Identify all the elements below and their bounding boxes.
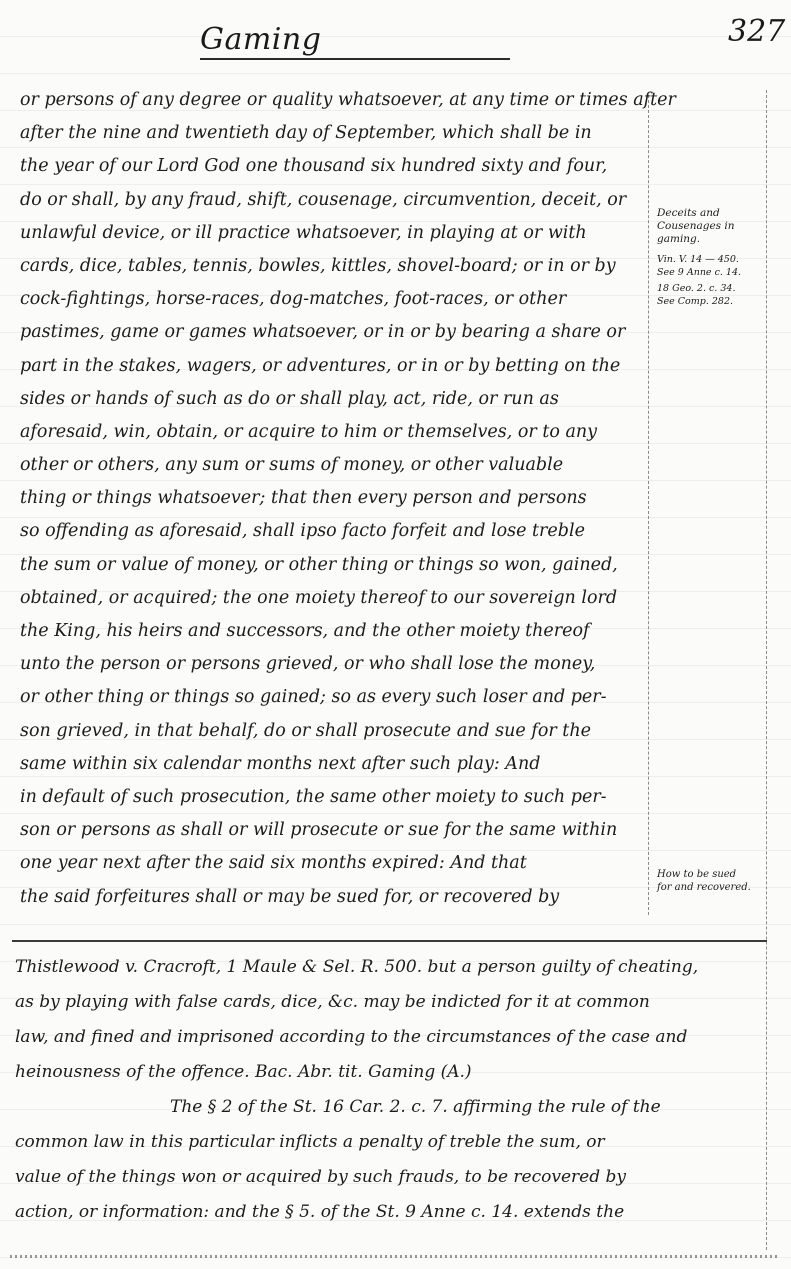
- margin-note-line: for and recovered.: [657, 881, 767, 894]
- text-line: so offending as aforesaid, shall ipso fa…: [20, 515, 648, 548]
- text-line: sides or hands of such as do or shall pl…: [20, 383, 648, 416]
- page-number: 327: [728, 14, 785, 49]
- text-line: after the nine and twentieth day of Sept…: [20, 117, 648, 150]
- text-line: the sum or value of money, or other thin…: [20, 549, 648, 582]
- margin-note-line: How to be sued: [657, 868, 767, 881]
- text-line: the year of our Lord God one thousand si…: [20, 150, 648, 183]
- footnote-line: as by playing with false cards, dice, &c…: [15, 985, 775, 1020]
- text-line: other or others, any sum or sums of mone…: [20, 449, 648, 482]
- page-edge-scan-artifact: [10, 1255, 780, 1258]
- text-line: cock-fightings, horse-races, dog-matches…: [20, 283, 648, 316]
- margin-note-line: See 9 Anne c. 14.: [657, 267, 767, 280]
- text-line: same within six calendar months next aft…: [20, 748, 648, 781]
- text-line: unto the person or persons grieved, or w…: [20, 648, 648, 681]
- page-title: Gaming: [200, 22, 321, 57]
- footnote-line: Thistlewood v. Cracroft, 1 Maule & Sel. …: [15, 950, 775, 985]
- margin-note-line: gaming.: [657, 233, 767, 246]
- footnote-line: action, or information: and the § 5. of …: [15, 1195, 775, 1230]
- margin-note-line: 18 Geo. 2. c. 34.: [657, 283, 767, 296]
- margin-note-references: Vin. V. 14 — 450. See 9 Anne c. 14. 18 G…: [657, 254, 767, 308]
- text-line: do or shall, by any fraud, shift, cousen…: [20, 184, 648, 217]
- text-line: pastimes, game or games whatsoever, or i…: [20, 316, 648, 349]
- footnote-line: The § 2 of the St. 16 Car. 2. c. 7. affi…: [15, 1090, 775, 1125]
- text-line: the said forfeitures shall or may be sue…: [20, 881, 648, 914]
- text-line: son or persons as shall or will prosecut…: [20, 814, 648, 847]
- margin-note-line: Vin. V. 14 — 450.: [657, 254, 767, 267]
- margin-note-how-sued: How to be sued for and recovered.: [657, 868, 767, 894]
- text-line: thing or things whatsoever; that then ev…: [20, 482, 648, 515]
- footnote-line: heinousness of the offence. Bac. Abr. ti…: [15, 1055, 775, 1090]
- footnote-line: law, and fined and imprisoned according …: [15, 1020, 775, 1055]
- title-underline: [200, 58, 510, 60]
- footnote-divider: [12, 940, 767, 942]
- manuscript-page: Gaming 327 or persons of any degree or q…: [0, 0, 791, 1269]
- text-line: in default of such prosecution, the same…: [20, 781, 648, 814]
- text-line: one year next after the said six months …: [20, 847, 648, 880]
- text-line: part in the stakes, wagers, or adventure…: [20, 350, 648, 383]
- text-line: the King, his heirs and successors, and …: [20, 615, 648, 648]
- margin-note-deceits: Deceits and Cousenages in gaming.: [657, 207, 767, 246]
- text-line: obtained, or acquired; the one moiety th…: [20, 582, 648, 615]
- text-line: unlawful device, or ill practice whatsoe…: [20, 217, 648, 250]
- text-line: cards, dice, tables, tennis, bowles, kit…: [20, 250, 648, 283]
- footnote-line: common law in this particular inflicts a…: [15, 1125, 775, 1160]
- footnote-line: value of the things won or acquired by s…: [15, 1160, 775, 1195]
- margin-note-line: Deceits and: [657, 207, 767, 220]
- footnote-body: Thistlewood v. Cracroft, 1 Maule & Sel. …: [15, 950, 775, 1230]
- text-line: or persons of any degree or quality what…: [20, 84, 648, 117]
- margin-note-line: See Comp. 282.: [657, 296, 767, 309]
- text-line: aforesaid, win, obtain, or acquire to hi…: [20, 416, 648, 449]
- text-line: son grieved, in that behalf, do or shall…: [20, 715, 648, 748]
- margin-note-line: Cousenages in: [657, 220, 767, 233]
- margin-divider-left: [648, 95, 649, 915]
- text-line: or other thing or things so gained; so a…: [20, 681, 648, 714]
- main-text-body: or persons of any degree or quality what…: [20, 84, 648, 914]
